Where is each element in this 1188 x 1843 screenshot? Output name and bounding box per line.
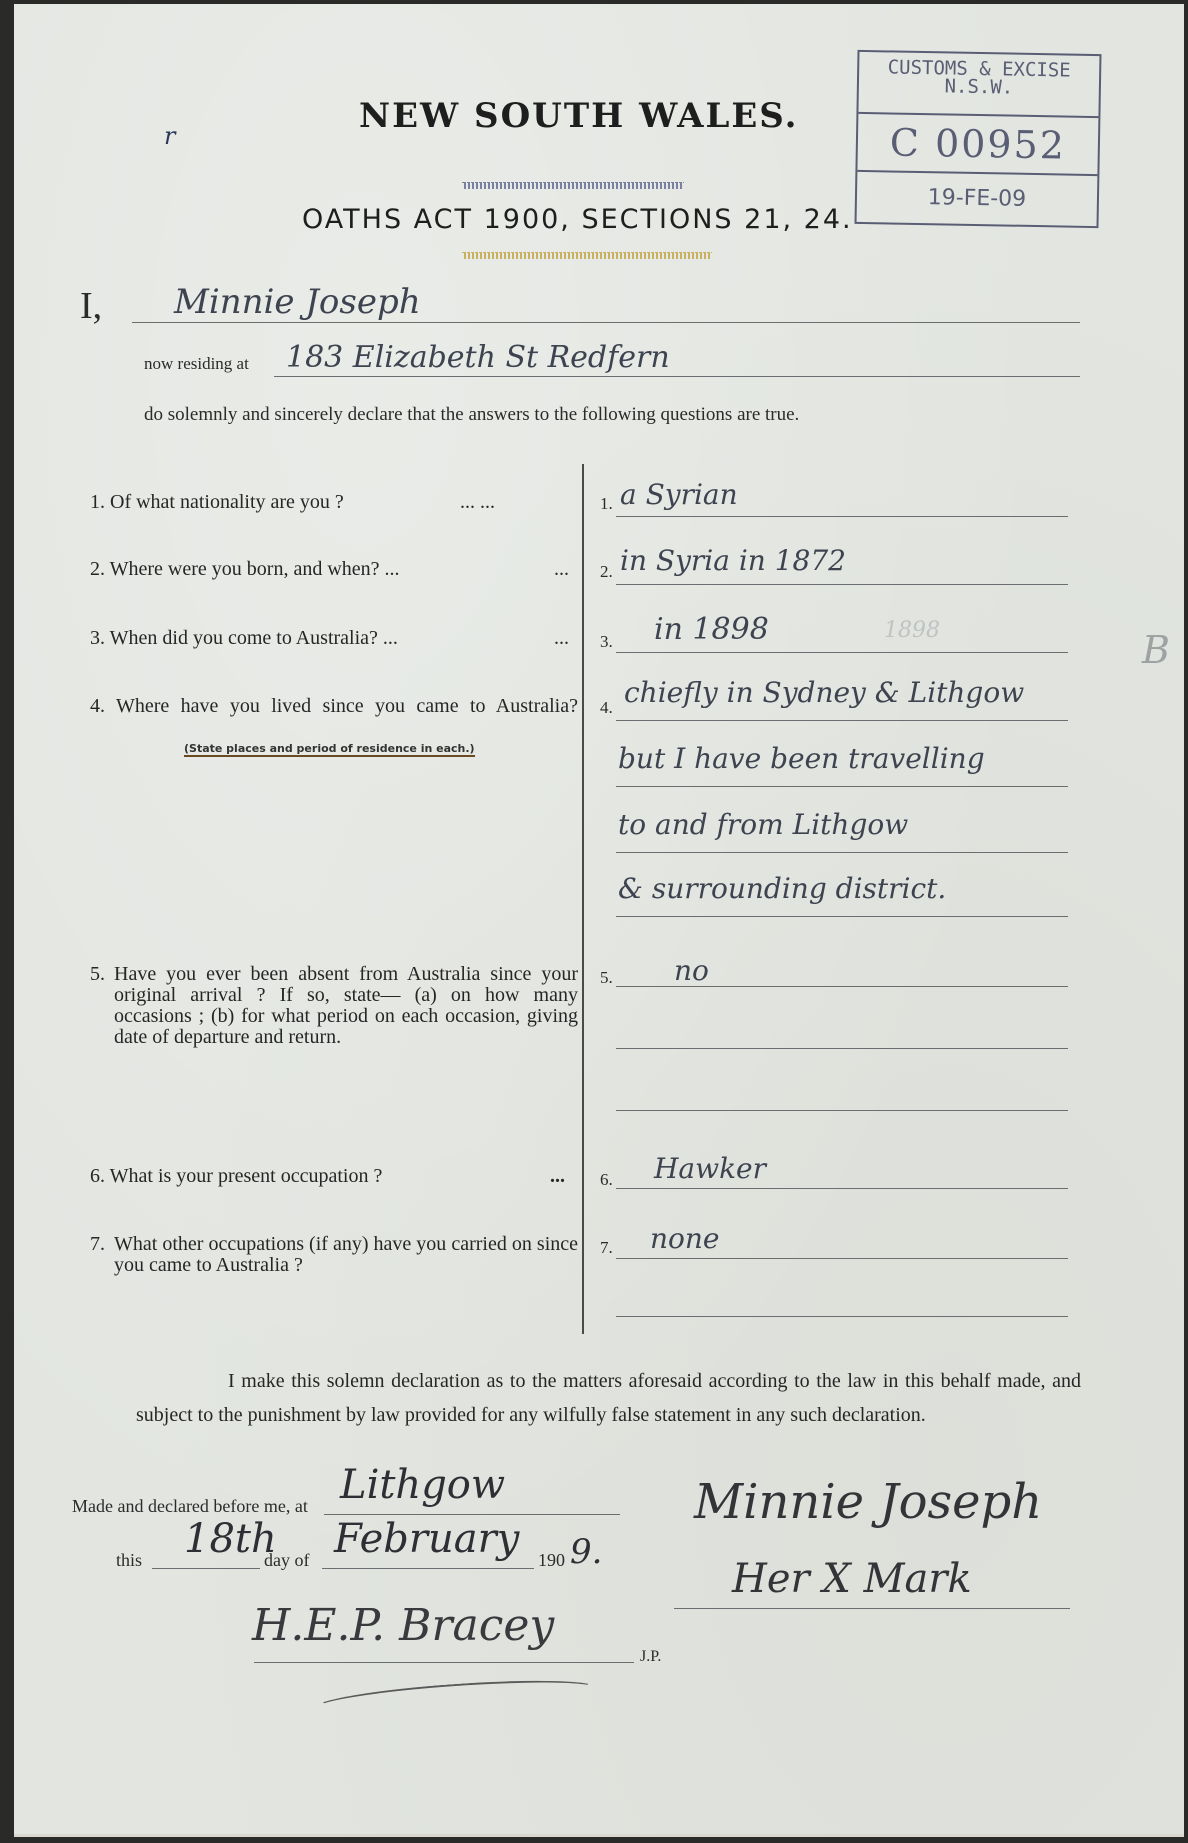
- a2-line: [616, 584, 1068, 585]
- a4-line3: [616, 852, 1068, 853]
- a5-line3: [616, 1110, 1068, 1111]
- a1-number: 1.: [600, 494, 613, 514]
- q7-text: What other occupations (if any) have you…: [114, 1234, 578, 1276]
- q4-note: (State places and period of residence in…: [184, 742, 475, 757]
- a4-answer-line2: but I have been travelling: [618, 742, 985, 775]
- day-line: [152, 1568, 260, 1569]
- a4-answer-line4: & surrounding district.: [618, 872, 946, 905]
- q2-dots: ...: [554, 559, 569, 580]
- a3-line: [616, 652, 1068, 653]
- q6-number: 6.: [90, 1165, 105, 1187]
- a4-answer-line3: to and from Lithgow: [618, 808, 908, 841]
- attestation-place: Lithgow: [340, 1462, 505, 1508]
- stamp-date: 19-FE-09: [857, 184, 1097, 213]
- a6-number: 6.: [600, 1170, 613, 1190]
- a1-line: [616, 516, 1068, 517]
- a6-line: [616, 1188, 1068, 1189]
- attestation-month: February: [334, 1516, 519, 1562]
- corner-mark: r: [164, 122, 175, 150]
- page-subtitle: OATHS ACT 1900, SECTIONS 21, 24.: [302, 204, 853, 235]
- a3-pencil-note: 1898: [884, 618, 940, 643]
- stamp-number: C 00952: [858, 120, 1099, 168]
- a7-line1: [616, 1258, 1068, 1259]
- a6-answer: Hawker: [654, 1152, 766, 1185]
- q3-dots: ...: [554, 628, 569, 649]
- q1-number: 1.: [90, 491, 105, 513]
- a4-line4: [616, 916, 1068, 917]
- a2-number: 2.: [600, 562, 613, 582]
- a7-line2: [616, 1316, 1068, 1317]
- month-line: [322, 1568, 534, 1569]
- a3-answer: in 1898: [654, 612, 769, 647]
- question-5: 5. Have you ever been absent from Austra…: [90, 964, 578, 1048]
- year-suffix: 9.: [570, 1532, 602, 1572]
- q3-text: When did you come to Australia? ...: [110, 627, 398, 649]
- customs-stamp: CUSTOMS & EXCISE N.S.W. C 00952 19-FE-09: [855, 50, 1102, 228]
- made-declared-label: Made and declared before me, at: [72, 1496, 308, 1517]
- q4-number: 4.: [90, 695, 105, 717]
- q2-text: Where were you born, and when? ...: [110, 558, 400, 580]
- q1-text: Of what nationality are you ?: [110, 491, 344, 513]
- a3-number: 3.: [600, 632, 613, 652]
- q7-number: 7.: [90, 1234, 114, 1276]
- document-page: r NEW SOUTH WALES. OATHS ACT 1900, SECTI…: [14, 4, 1184, 1837]
- q4-text: Where have you lived since you came to A…: [116, 695, 578, 717]
- question-3: 3. When did you come to Australia? ...: [90, 628, 398, 649]
- signature-line: [674, 1608, 1070, 1609]
- declarant-signature: Minnie Joseph: [694, 1474, 1042, 1530]
- page-title: NEW SOUTH WALES.: [359, 96, 799, 136]
- address-line: [274, 376, 1080, 377]
- q6-dots: ...: [550, 1166, 565, 1187]
- a1-answer: a Syrian: [620, 478, 738, 511]
- attestation-day: 18th: [184, 1516, 277, 1562]
- subtitle-ornament: [462, 252, 712, 259]
- question-7: 7. What other occupations (if any) have …: [90, 1234, 578, 1276]
- intro-text: do solemnly and sincerely declare that t…: [144, 404, 799, 426]
- question-1: 1. Of what nationality are you ?: [90, 492, 344, 513]
- declaration-text: I make this solemn declaration as to the…: [136, 1364, 1081, 1432]
- title-ornament: [462, 182, 684, 189]
- jp-suffix: J.P.: [640, 1648, 661, 1666]
- q3-number: 3.: [90, 627, 105, 649]
- jp-signature: H.E.P. Bracey: [252, 1600, 554, 1651]
- day-of-label: day of: [264, 1550, 309, 1571]
- question-2: 2. Where were you born, and when? ...: [90, 559, 400, 580]
- a5-number: 5.: [600, 968, 613, 988]
- signature-flourish: [313, 1674, 598, 1722]
- q5-text: Have you ever been absent from Australia…: [114, 964, 578, 1048]
- a7-number: 7.: [600, 1238, 613, 1258]
- place-line: [324, 1514, 620, 1515]
- declarant-prefix: I,: [80, 284, 102, 328]
- column-divider: [582, 464, 584, 1334]
- declarant-mark: Her X Mark: [732, 1556, 972, 1602]
- q5-number: 5.: [90, 964, 114, 1048]
- residing-label: now residing at: [144, 354, 249, 374]
- year-prefix: 190: [538, 1550, 565, 1571]
- name-line: [132, 322, 1080, 323]
- a4-answer-line1: chiefly in Sydney & Lithgow: [624, 676, 1024, 709]
- q2-number: 2.: [90, 558, 105, 580]
- a4-line1: [616, 720, 1068, 721]
- a5-line1: [616, 986, 1068, 987]
- question-4: 4. Where have you lived since you came t…: [90, 696, 578, 717]
- declarant-name: Minnie Joseph: [174, 282, 421, 322]
- jp-line: [254, 1662, 634, 1663]
- declarant-address: 183 Elizabeth St Redfern: [286, 340, 670, 375]
- a5-line2: [616, 1048, 1068, 1049]
- a7-answer: none: [650, 1222, 720, 1255]
- a5-answer: no: [674, 954, 709, 987]
- a4-number: 4.: [600, 698, 613, 718]
- q6-text: What is your present occupation ?: [110, 1165, 383, 1187]
- a2-answer: in Syria in 1872: [620, 544, 846, 577]
- q1-dots: ... ...: [460, 492, 495, 513]
- question-6: 6. What is your present occupation ?: [90, 1166, 382, 1187]
- stamp-header: CUSTOMS & EXCISE N.S.W.: [859, 58, 1100, 98]
- a4-line2: [616, 786, 1068, 787]
- declaration-body: I make this solemn declaration as to the…: [136, 1370, 1081, 1426]
- pencil-initials: B: [1142, 628, 1170, 672]
- this-label: this: [116, 1550, 142, 1571]
